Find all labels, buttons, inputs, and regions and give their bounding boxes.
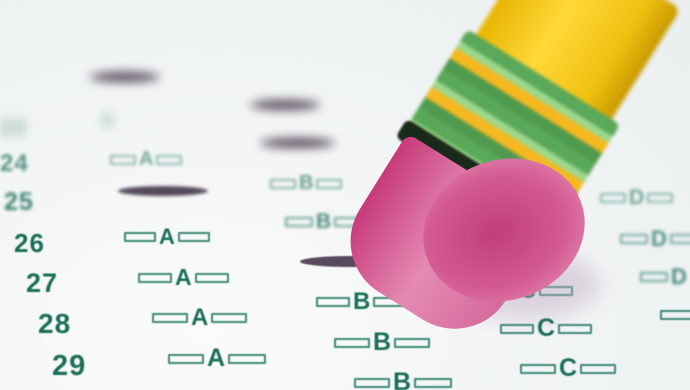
answer-bubble: [660, 310, 690, 320]
answer-bubble: A: [138, 264, 229, 291]
answer-bubble: A: [168, 344, 266, 373]
question-number: 29: [52, 350, 86, 383]
question-number: 28: [38, 308, 71, 340]
question-number: 26: [14, 228, 45, 259]
answer-bubble: A: [124, 224, 210, 250]
answer-bubble: C: [520, 354, 616, 383]
answer-bubble: A: [152, 304, 247, 332]
question-number: 27: [26, 268, 58, 299]
answer-bubble: B: [354, 368, 452, 390]
photo-scene: 23 A 24 25 A B B D D D 26 27 28 29 A A A…: [0, 0, 690, 390]
